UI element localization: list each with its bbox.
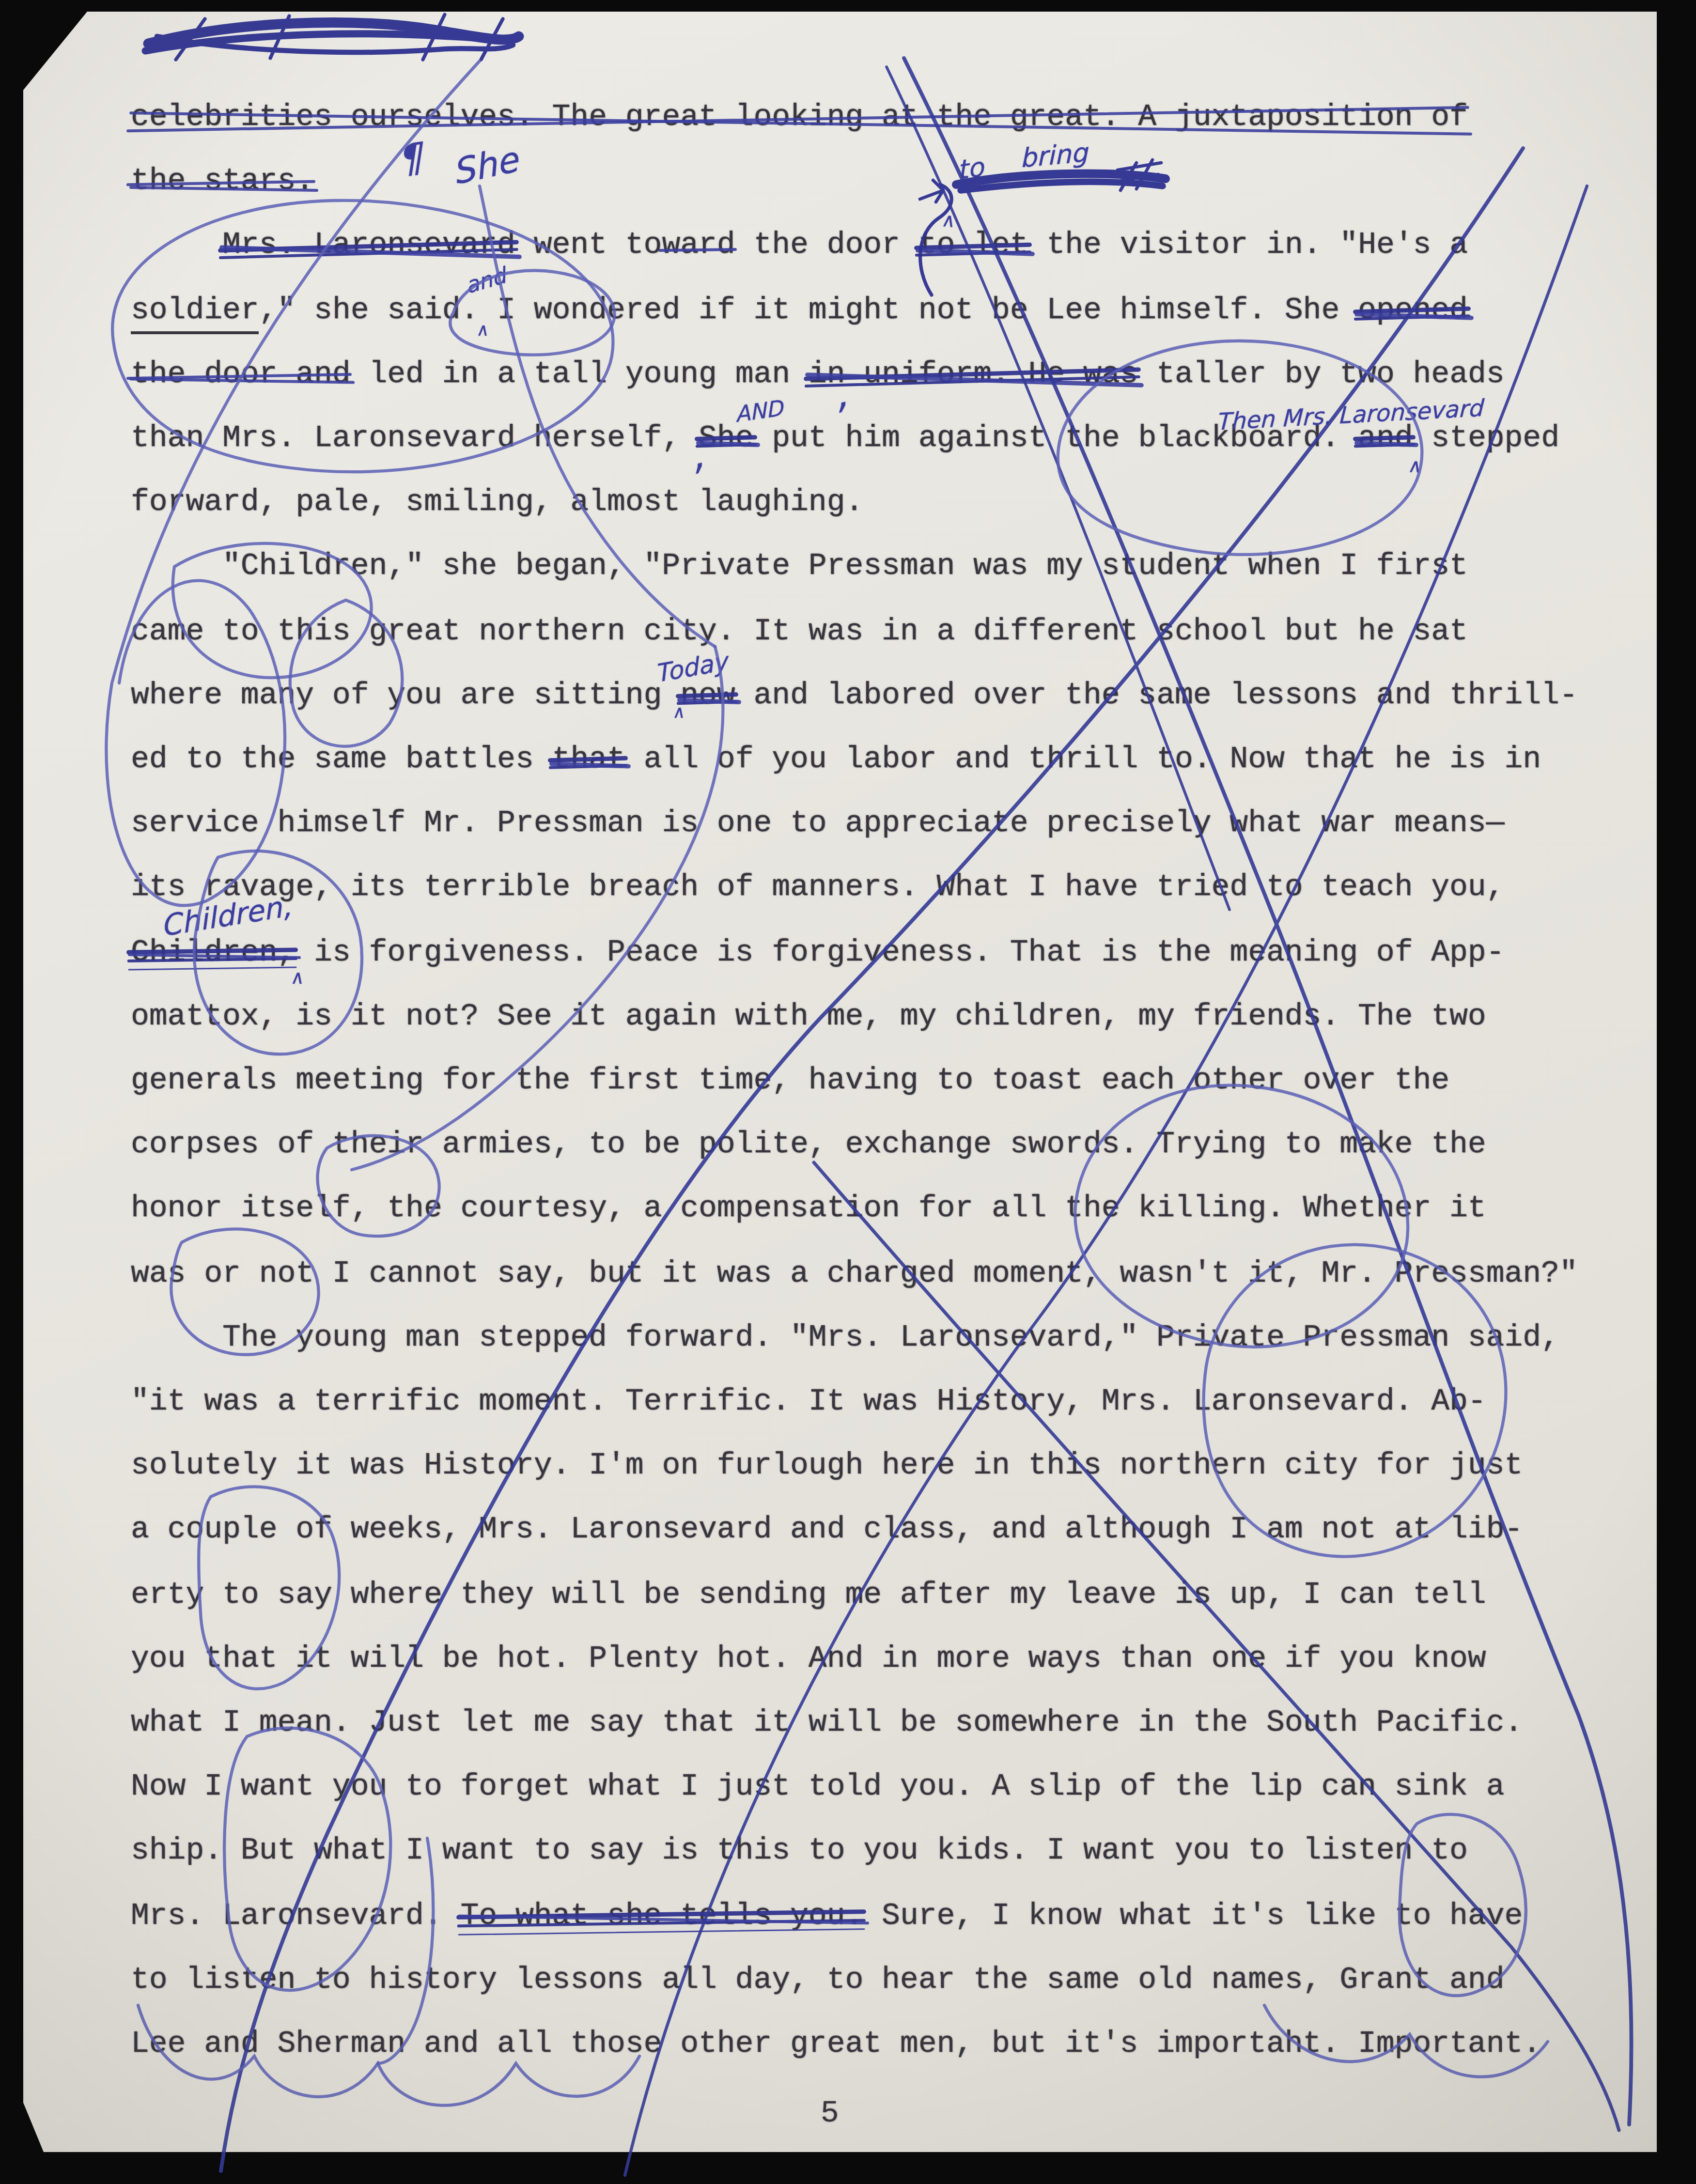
caret-under-children: ∧	[290, 968, 306, 990]
typed-segment-scratch: She	[699, 423, 753, 458]
typed-segment: than Mrs. Laronsevard herself,	[131, 423, 699, 458]
typed-segment: omattox, is it not? See it again with me…	[131, 1001, 1486, 1036]
typed-segment-under: soldier	[131, 294, 259, 334]
typed-segment-scratch3: Children,	[131, 937, 296, 972]
typed-segment: service himself Mr. Pressman is one to a…	[131, 808, 1504, 843]
typed-segment: the door	[735, 230, 918, 265]
typed-segment-strike2: celebrities ourselves. The great looking…	[131, 102, 1468, 137]
typed-line: omattox, is it not? See it again with me…	[131, 1001, 1486, 1036]
typed-line: honor itself, the courtesy, a compensati…	[131, 1193, 1486, 1228]
typed-line: came to this great northern city. It was…	[131, 616, 1468, 651]
typed-line: the door and led in a tall young man in …	[131, 358, 1505, 393]
caret-before-now: ∧	[672, 702, 687, 722]
typed-segment-scratch: that	[552, 744, 625, 779]
typed-segment-scratch: now	[680, 680, 735, 714]
typed-line: where many of you are sitting now and la…	[131, 680, 1578, 714]
typed-segment-scratch: Mrs. Laronsevard	[222, 230, 515, 265]
typed-line: corpses of their armies, to be polite, e…	[131, 1130, 1486, 1164]
typed-segment: forward, pale, smiling, almost laughing.	[131, 487, 863, 522]
typed-segment: its ravage, its terrible breach of manne…	[131, 872, 1504, 907]
typed-segment: Lee and Sherman and all those other grea…	[131, 2029, 1541, 2063]
typed-segment: Now I want you to forget what I just tol…	[131, 1772, 1504, 1807]
typed-segment: all of you labor and thrill to. Now that…	[625, 744, 1541, 779]
caret-after-said: ∧	[476, 320, 491, 340]
typed-segment-scratch: to let	[918, 230, 1028, 265]
typed-line: a couple of weeks, Mrs. Laronsevard and …	[131, 1515, 1523, 1549]
typed-segment: stepped	[1413, 423, 1559, 458]
typed-segment-strike: ward	[662, 230, 735, 265]
typed-line: the stars.	[131, 166, 314, 201]
typed-segment: erty to say where they will be sending m…	[131, 1579, 1486, 1614]
typed-line: you that it will be hot. Plenty hot. And…	[131, 1643, 1486, 1678]
photo-of-manuscript: celebrities ourselves. The great looking…	[0, 0, 1696, 2184]
typed-segment-scratch3: To what she tells you.	[461, 1900, 864, 1935]
typed-segment: Mrs. Laronsevard.	[131, 1900, 461, 1935]
typed-segment: is forgiveness. Peace is forgiveness. Th…	[296, 937, 1504, 972]
typed-line: "Children," she began, "Private Pressman…	[222, 551, 1468, 586]
typed-segment: corpses of their armies, to be polite, e…	[131, 1130, 1486, 1164]
typed-segment-strike2: the stars.	[131, 166, 314, 201]
typed-segment: to listen to history lessons all day, to…	[131, 1964, 1504, 1999]
typed-segment: what I mean. Just let me say that it wil…	[131, 1707, 1523, 1742]
typed-segment-scratch: in uniform. He was	[809, 358, 1138, 393]
typed-segment: generals meeting for the first time, hav…	[131, 1065, 1449, 1100]
typed-line: service himself Mr. Pressman is one to a…	[131, 808, 1504, 843]
typed-segment-strike2: the door and	[131, 358, 351, 393]
typed-segment: The young man stepped forward. "Mrs. Lar…	[222, 1322, 1559, 1357]
typed-line: Lee and Sherman and all those other grea…	[131, 2029, 1541, 2063]
inserted-bring: bring	[1022, 138, 1090, 175]
typed-segment-scratch: opened	[1358, 294, 1468, 329]
typed-segment: went to	[515, 230, 662, 265]
typed-line: ship. But what I want to say is this to …	[131, 1836, 1468, 1871]
typed-segment: was or not I cannot say, but it was a ch…	[131, 1258, 1578, 1293]
typed-segment: taller by two heads	[1138, 358, 1504, 393]
typed-line: forward, pale, smiling, almost laughing.	[131, 487, 863, 522]
typed-segment: "Children," she began, "Private Pressman…	[222, 551, 1468, 586]
typed-segment: "it was a terrific moment. Terrific. It …	[131, 1386, 1486, 1421]
typed-segment: ," she said. I wondered if it might not …	[259, 294, 1358, 329]
typed-segment: ship. But what I want to say is this to …	[131, 1836, 1468, 1871]
typed-line: "it was a terrific moment. Terrific. It …	[131, 1386, 1486, 1421]
typed-line: celebrities ourselves. The great looking…	[131, 102, 1468, 137]
typed-line: to listen to history lessons all day, to…	[131, 1964, 1504, 1999]
paragraph-mark: ¶	[401, 135, 427, 184]
inserted-to: to	[959, 152, 986, 186]
typed-segment: Sure, I know what it's like to have	[863, 1900, 1523, 1935]
typed-segment: solutely it was History. I'm on furlough…	[131, 1451, 1523, 1486]
typed-line: erty to say where they will be sending m…	[131, 1579, 1486, 1614]
typed-segment: honor itself, the courtesy, a compensati…	[131, 1193, 1486, 1228]
typed-line: ed to the same battles that all of you l…	[131, 744, 1541, 779]
typed-line: generals meeting for the first time, hav…	[131, 1065, 1449, 1100]
typed-line: Children, is forgiveness. Peace is forgi…	[131, 937, 1505, 972]
typed-line: what I mean. Just let me say that it wil…	[131, 1707, 1523, 1742]
typed-line: its ravage, its terrible breach of manne…	[131, 872, 1504, 907]
typed-segment: the visitor in. "He's a	[1028, 230, 1468, 265]
page-number: 5	[779, 2098, 881, 2132]
typed-segment: a couple of weeks, Mrs. Laronsevard and …	[131, 1515, 1523, 1549]
typed-segment: you that it will be hot. Plenty hot. And…	[131, 1643, 1486, 1678]
typed-line: Now I want you to forget what I just tol…	[131, 1772, 1504, 1807]
typed-line: Mrs. Laronsevard. To what she tells you.…	[131, 1900, 1523, 1935]
typed-line: soldier," she said. I wondered if it mig…	[131, 294, 1468, 334]
typed-segment: led in a tall young man	[351, 358, 809, 393]
typed-line: solutely it was History. I'm on furlough…	[131, 1451, 1523, 1486]
typed-line: Mrs. Laronsevard went toward the door to…	[222, 230, 1468, 265]
typed-line: The young man stepped forward. "Mrs. Lar…	[222, 1322, 1559, 1357]
typed-segment: where many of you are sitting	[131, 680, 680, 714]
typed-line: was or not I cannot say, but it was a ch…	[131, 1258, 1578, 1293]
typed-segment: came to this great northern city. It was…	[131, 616, 1468, 651]
typed-segment: and labored over the same lessons and th…	[735, 680, 1578, 714]
typed-segment-scratch: and	[1358, 423, 1413, 458]
typed-segment: ed to the same battles	[131, 744, 552, 779]
